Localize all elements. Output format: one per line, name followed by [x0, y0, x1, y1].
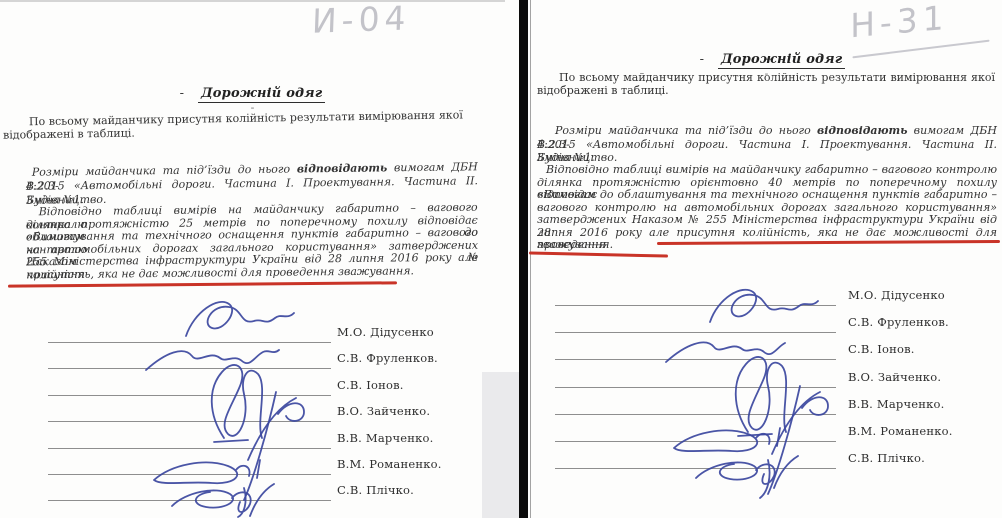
page-left: И-04 - Дорожній одяг - По всьому майданч… — [0, 0, 519, 518]
scan-smudge — [0, 0, 505, 2]
signatory-name: М.О. Дідусенко — [848, 288, 945, 302]
signatory-name: В.В. Марченко. — [848, 397, 945, 411]
signature-line — [48, 342, 331, 343]
text-run: Розміри майданчика та під’їзди до нього — [555, 124, 817, 137]
red-emphasis-underline — [529, 251, 668, 257]
signatory-name: В.М. Романенко. — [848, 424, 953, 438]
red-emphasis-underline — [8, 281, 397, 287]
bold-word: відповідають — [817, 124, 907, 137]
paragraph-line: Відповідно таблиці вимірів на майданчику… — [537, 164, 997, 177]
paragraph-dimensions: Розміри майданчика та під’їзди до нього … — [537, 124, 997, 165]
paragraph-line: відображені в таблиці. — [537, 84, 995, 97]
signature-line — [48, 500, 331, 501]
pencil-corner-mark: И-04 — [311, 0, 411, 41]
signature-line — [48, 448, 331, 449]
paragraph-line: По всьому майданчику присутня колійність… — [537, 71, 995, 84]
signatory-name: В.О. Зайченко. — [337, 404, 430, 418]
signature-line — [555, 359, 836, 360]
signature-ink — [126, 292, 370, 518]
paragraph-line: Розміри майданчика та під’їзди до нього … — [537, 124, 997, 138]
signature-line — [48, 421, 331, 422]
signatory-name: С.В. Фруленков. — [848, 315, 949, 329]
signatory-name: С.В. Фруленков. — [337, 351, 438, 365]
signature-line — [555, 441, 836, 442]
signature-line — [48, 395, 331, 396]
paragraph-intro: По всьому майданчику присутня колійність… — [537, 71, 995, 97]
scanned-document: И-04 - Дорожній одяг - По всьому майданч… — [0, 0, 1002, 518]
paragraph-line: колійність, яка не дає можливості для пр… — [26, 265, 478, 282]
signatory-name: В.В. Марченко. — [337, 431, 434, 445]
signatory-name: М.О. Дідусенко — [337, 325, 434, 339]
heading-dash: - — [700, 52, 704, 67]
signature-line — [555, 414, 836, 415]
page-divider — [519, 0, 528, 518]
signatory-name: С.В. Плічко. — [337, 483, 414, 497]
signature-line — [555, 468, 836, 469]
signature-line — [555, 387, 836, 388]
signature-line — [555, 305, 836, 306]
signature-line — [48, 368, 331, 369]
paragraph-measurements: Відповідно таблиці вимірів на майданчику… — [537, 164, 997, 252]
signatory-name: В.М. Романенко. — [337, 457, 442, 471]
signature-line — [555, 332, 836, 333]
paragraph-measurements: Відповідно таблиці вимірів на майданчику… — [26, 202, 479, 282]
signatory-name: С.В. Плічко. — [848, 451, 925, 465]
signatory-name: С.В. Іонов. — [848, 342, 915, 356]
bold-word: відповідають — [297, 161, 388, 175]
signatory-name: В.О. Зайченко. — [848, 370, 941, 384]
signature-line — [48, 474, 331, 475]
paragraph-line: «Вимогам до облаштування та технічного о… — [537, 189, 997, 202]
signatory-name: С.В. Іонов. — [337, 378, 404, 392]
heading-dash: - — [180, 86, 184, 101]
paragraph-line: 4:2015 «Автомобільні дороги. Частина І. … — [537, 138, 997, 152]
page-edge-shadow — [482, 372, 519, 518]
paragraph-line: затверджених Наказом № 255 Міністерства … — [537, 214, 997, 227]
pencil-corner-mark: Н-31 — [850, 0, 948, 45]
